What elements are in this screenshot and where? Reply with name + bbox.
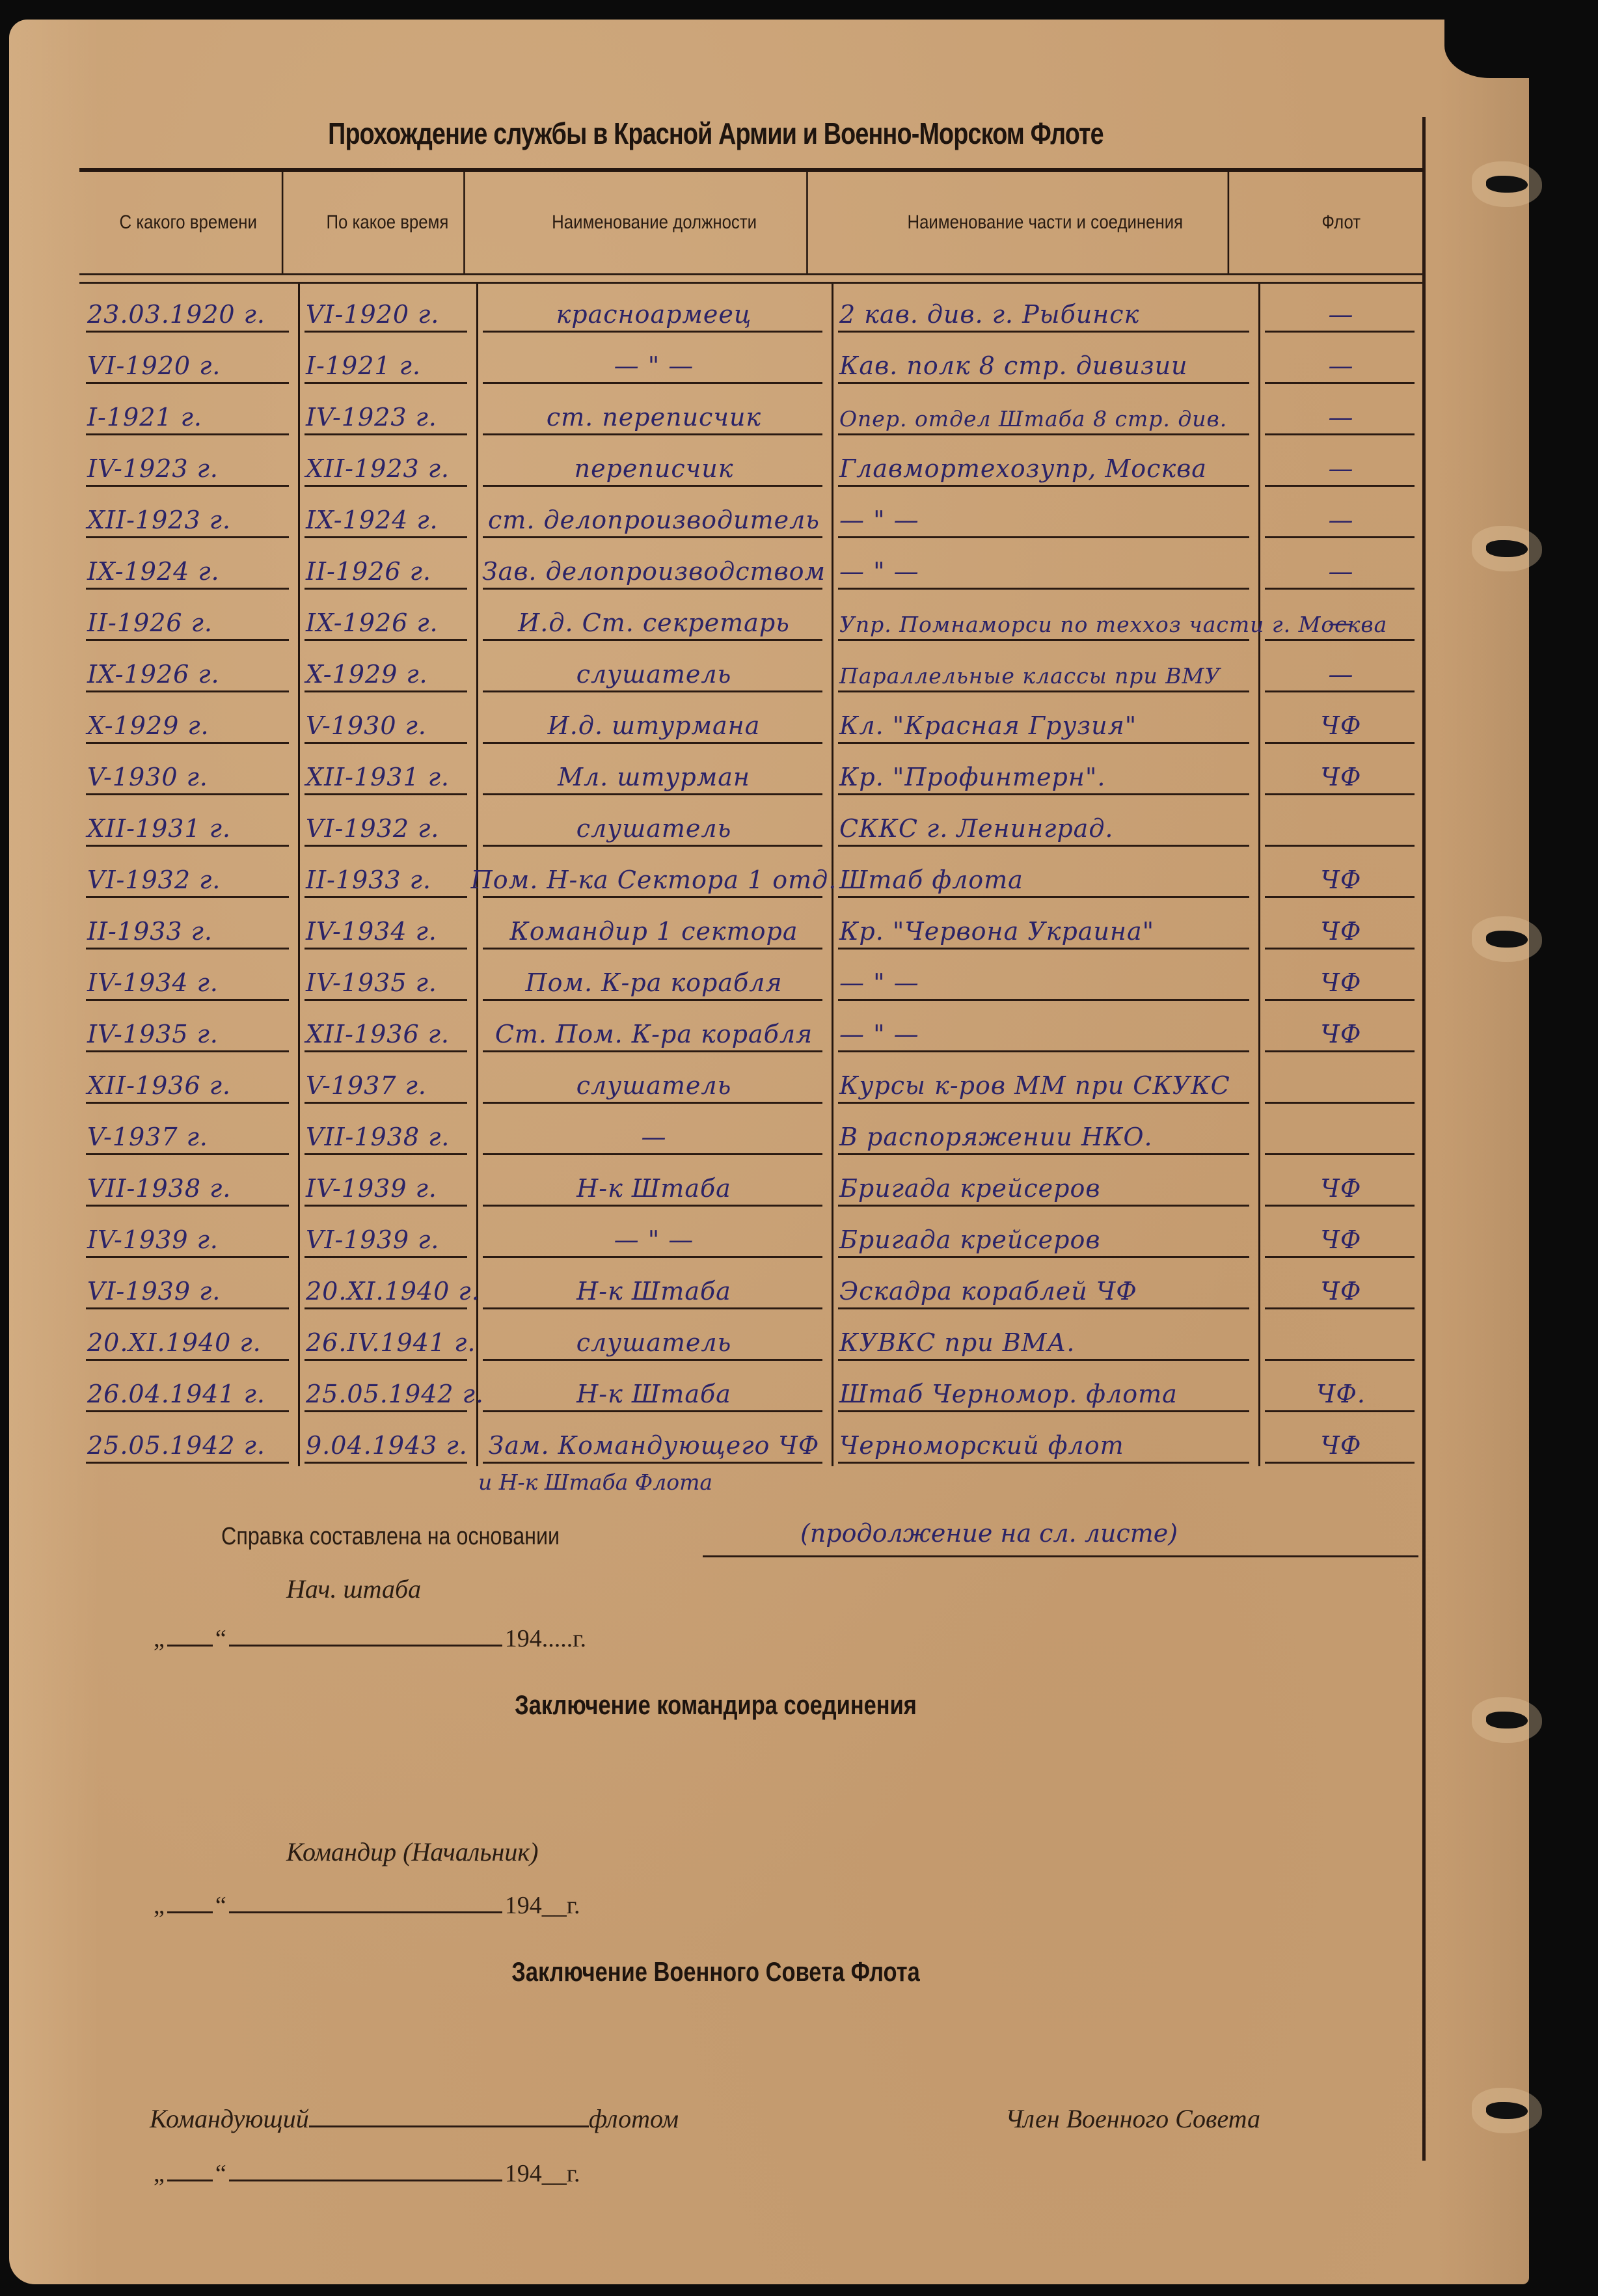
cell-from: 26.04.1941 г. [79,1363,298,1415]
underline [838,1102,1249,1104]
table-row: VI-1920 г.I-1921 г.— " —Кав. полк 8 стр.… [79,335,1424,387]
fleet-commander-signature: Командующийфлотом [150,2103,679,2134]
cell-unit: — " — [832,1004,1258,1055]
cell-unit: КУВКС при ВМА. [832,1312,1258,1363]
cell-to: 26.IV.1941 г. [298,1312,476,1363]
cell-fleet: ЧФ [1258,1261,1424,1312]
cell-to: XII-1936 г. [298,1004,476,1055]
cell-position: Зам. Командующего ЧФ [476,1415,832,1466]
underline [1265,1359,1415,1361]
underline [305,896,467,898]
underline [483,382,822,384]
underline [838,742,1249,744]
cell-to: IV-1923 г. [298,387,476,438]
cell-from: XII-1931 г. [79,798,298,849]
underline [86,331,289,333]
underline [483,639,822,641]
underline [86,1153,289,1155]
underline [838,433,1249,435]
cell-fleet: ЧФ [1258,695,1424,746]
underline [86,1410,289,1412]
underline [1265,1205,1415,1207]
cell-fleet [1258,1106,1424,1158]
cell-fleet: ЧФ [1258,849,1424,901]
cell-fleet: ЧФ [1258,746,1424,798]
underline [838,1256,1249,1258]
underline [305,1050,467,1052]
date-line-2: „“194__г. [154,1891,580,1920]
underline [838,845,1249,847]
underline [1265,948,1415,950]
underline [305,382,467,384]
cell-fleet: — [1258,387,1424,438]
cell-fleet: — [1258,438,1424,489]
cell-from: 23.03.1920 г. [79,284,298,335]
underline [483,1359,822,1361]
cell-to: IV-1935 г. [298,952,476,1004]
column-header-from: С какого времени [95,172,284,273]
underline [483,896,822,898]
cell-unit: Штаб Черномор. флота [832,1363,1258,1415]
torn-corner [1444,20,1529,78]
underline [1265,999,1415,1001]
commander-conclusion-title: Заключение командира соединения [129,1689,1303,1721]
cell-position: — [476,1106,832,1158]
cell-position: И.д. Ст. секретарь [476,592,832,644]
cell-fleet: — [1258,489,1424,541]
underline [1265,1462,1415,1464]
cell-position: Н-к Штаба [476,1158,832,1209]
cell-to: II-1926 г. [298,541,476,592]
cell-position: красноармеец [476,284,832,335]
table-row: IV-1934 г.IV-1935 г.Пом. К-ра корабля— "… [79,952,1424,1004]
underline [483,331,822,333]
underline [838,690,1249,692]
underline [86,690,289,692]
underline [1265,331,1415,333]
underline [305,845,467,847]
underline [483,433,822,435]
cell-from: IV-1923 г. [79,438,298,489]
cell-from: V-1930 г. [79,746,298,798]
table-row: IV-1935 г.XII-1936 г.Ст. Пом. К-ра кораб… [79,1004,1424,1055]
underline [305,331,467,333]
cell-position: ст. переписчик [476,387,832,438]
cell-unit: Кав. полк 8 стр. дивизии [832,335,1258,387]
underline [86,845,289,847]
underline [1265,588,1415,590]
underline [483,588,822,590]
cell-to: IX-1926 г. [298,592,476,644]
underline [1265,1307,1415,1309]
table-row: IX-1926 г.X-1929 г.слушательПараллельные… [79,644,1424,695]
cell-fleet: ЧФ. [1258,1363,1424,1415]
cell-position: Н-к Штаба [476,1363,832,1415]
underline [838,588,1249,590]
cell-to: V-1930 г. [298,695,476,746]
cell-from: V-1937 г. [79,1106,298,1158]
underline [483,485,822,487]
underline [86,999,289,1001]
underline [483,948,822,950]
underline [305,742,467,744]
basis-label: Справка составлена на основании [221,1523,560,1551]
cell-position: Мл. штурман [476,746,832,798]
underline [838,382,1249,384]
cell-from: IV-1935 г. [79,1004,298,1055]
underline [1265,485,1415,487]
cell-fleet: — [1258,335,1424,387]
cell-position: — " — [476,335,832,387]
underline [305,1102,467,1104]
table-header: С какого времени По какое время Наименов… [79,172,1424,273]
table-row: IV-1923 г.XII-1923 г.переписчикГлавморте… [79,438,1424,489]
underline [483,1153,822,1155]
cell-unit: — " — [832,952,1258,1004]
underline [305,1153,467,1155]
underline [838,1307,1249,1309]
table-row: XII-1931 г.VI-1932 г.слушательСККС г. Ле… [79,798,1424,849]
column-header-position: Наименование должности [503,172,808,273]
underline [1265,896,1415,898]
underline [483,999,822,1001]
underline [838,1153,1249,1155]
table-row: II-1926 г.IX-1926 г.И.д. Ст. секретарьУп… [79,592,1424,644]
underline [86,536,289,538]
cell-fleet: — [1258,284,1424,335]
cell-unit: Эскадра кораблей ЧФ [832,1261,1258,1312]
table-row: V-1937 г.VII-1938 г.—В распоряжении НКО. [79,1106,1424,1158]
cell-unit: В распоряжении НКО. [832,1106,1258,1158]
basis-field: Справка составлена на основании (продолж… [221,1523,1418,1562]
underline [305,793,467,795]
commander-label: Командир (Начальник) [286,1837,538,1867]
underline [1265,536,1415,538]
underline [483,1102,822,1104]
cell-position: Зав. делопроизводством [476,541,832,592]
cell-to: I-1921 г. [298,335,476,387]
cell-fleet: ЧФ [1258,952,1424,1004]
cell-position: слушатель [476,798,832,849]
cell-unit: Упр. Помнаморси по теххоз части г. Москв… [832,592,1258,644]
table-row: 26.04.1941 г.25.05.1942 г.Н-к ШтабаШтаб … [79,1363,1424,1415]
underline [1265,793,1415,795]
cell-position: Н-к Штаба [476,1261,832,1312]
underline [86,742,289,744]
underline [86,1256,289,1258]
underline [483,793,822,795]
cell-position: слушатель [476,644,832,695]
underline [838,1410,1249,1412]
cell-unit: Опер. отдел Штаба 8 стр. див. [832,387,1258,438]
cell-position: — " — [476,1209,832,1261]
table-row: X-1929 г.V-1930 г.И.д. штурманаКл. "Крас… [79,695,1424,746]
underline [305,536,467,538]
underline [86,1205,289,1207]
cell-unit: Кр. "Профинтерн". [832,746,1258,798]
cell-from: 20.XI.1940 г. [79,1312,298,1363]
underline [305,639,467,641]
cell-unit: Бригада крейсеров [832,1209,1258,1261]
underline [305,485,467,487]
punch-hole-icon [1486,931,1528,948]
date-year-1: 194.....г. [505,1625,586,1652]
cell-unit: Главмортехозупр, Москва [832,438,1258,489]
underline [305,1462,467,1464]
cell-position: И.д. штурмана [476,695,832,746]
underline [305,999,467,1001]
cell-fleet: — [1258,644,1424,695]
underline [483,845,822,847]
underline [838,331,1249,333]
cell-unit: Кл. "Красная Грузия" [832,695,1258,746]
date-line-1: „“194.....г. [154,1624,586,1653]
underline [86,382,289,384]
council-member-label: Член Военного Совета [1005,2103,1260,2134]
date-year-3: 194__г. [505,2160,580,2187]
chief-of-staff-label: Нач. штаба [286,1574,421,1604]
cell-fleet: ЧФ [1258,1415,1424,1466]
table-row: II-1933 г.IV-1934 г.Командир 1 сектораКр… [79,901,1424,952]
underline [1265,742,1415,744]
underline [86,1359,289,1361]
table-row: VII-1938 г.IV-1939 г.Н-к ШтабаБригада кр… [79,1158,1424,1209]
underline [838,639,1249,641]
underline [483,1205,822,1207]
underline [838,999,1249,1001]
underline [86,1307,289,1309]
cell-position: ст. делопроизводитель [476,489,832,541]
underline [483,1256,822,1258]
underline [838,1359,1249,1361]
underline [86,1462,289,1464]
underline [305,1410,467,1412]
underline [1265,1050,1415,1052]
cell-from: XII-1923 г. [79,489,298,541]
underline [305,588,467,590]
cell-unit: Бригада крейсеров [832,1158,1258,1209]
cell-from: IX-1924 г. [79,541,298,592]
underline [1265,690,1415,692]
cell-to: X-1929 г. [298,644,476,695]
cell-fleet: ЧФ [1258,901,1424,952]
underline [1265,382,1415,384]
cell-position: Ст. Пом. К-ра корабля [476,1004,832,1055]
cell-fleet [1258,1055,1424,1106]
cell-unit: — " — [832,541,1258,592]
underline [305,433,467,435]
cell-unit: Курсы к-ров ММ при СКУКС [832,1055,1258,1106]
table-row: IX-1924 г.II-1926 г.Зав. делопроизводств… [79,541,1424,592]
underline [86,1102,289,1104]
cell-to: XII-1923 г. [298,438,476,489]
cell-from: VII-1938 г. [79,1158,298,1209]
cell-to: VII-1938 г. [298,1106,476,1158]
cell-from: 25.05.1942 г. [79,1415,298,1466]
header-double-rule [79,273,1424,284]
table-row: 25.05.1942 г.9.04.1943 г.Зам. Командующе… [79,1415,1424,1466]
cell-fleet: — [1258,541,1424,592]
underline [483,536,822,538]
cell-to: IV-1934 г. [298,901,476,952]
cell-unit: Параллельные классы при ВМУ [832,644,1258,695]
cell-unit: — " — [832,489,1258,541]
underline [305,690,467,692]
underline [1265,1256,1415,1258]
cell-unit: Кр. "Червона Украина" [832,901,1258,952]
underline [86,948,289,950]
underline [86,433,289,435]
underline [86,896,289,898]
cell-fleet: ЧФ [1258,1209,1424,1261]
underline [1265,1410,1415,1412]
table-row: VI-1939 г.20.XI.1940 г.Н-к ШтабаЭскадра … [79,1261,1424,1312]
cell-fleet [1258,1312,1424,1363]
punch-hole-icon [1486,176,1528,193]
punch-hole-icon [1486,540,1528,557]
underline [86,485,289,487]
cell-from: IV-1939 г. [79,1209,298,1261]
cell-fleet: — [1258,592,1424,644]
cell-unit: 2 кав. див. г. Рыбинск [832,284,1258,335]
underline [838,536,1249,538]
page-title: Прохождение службы в Красной Армии и Вое… [129,116,1303,151]
underline [86,793,289,795]
underline [838,485,1249,487]
underline [1265,433,1415,435]
column-header-fleet: Флот [1271,172,1412,273]
table-row: IV-1939 г.VI-1939 г.— " —Бригада крейсер… [79,1209,1424,1261]
table-row: V-1930 г.XII-1931 г.Мл. штурманКр. "Проф… [79,746,1424,798]
underline [483,1307,822,1309]
underline [483,1462,822,1464]
cell-from: VI-1939 г. [79,1261,298,1312]
cell-fleet: ЧФ [1258,1004,1424,1055]
underline [86,639,289,641]
table-row: 23.03.1920 г.VI-1920 г.красноармеец2 кав… [79,284,1424,335]
date-line-3: „“194__г. [154,2159,580,2188]
column-header-to: По какое время [311,172,465,273]
table-row: VI-1932 г.II-1933 г.Пом. Н-ка Сектора 1 … [79,849,1424,901]
cell-position: переписчик [476,438,832,489]
cell-fleet: ЧФ [1258,1158,1424,1209]
table-row: XII-1923 г.IX-1924 г.ст. делопроизводите… [79,489,1424,541]
basis-value: (продолжение на сл. листе) [800,1519,1178,1548]
cell-to: 9.04.1943 г. [298,1415,476,1466]
cell-from: XII-1936 г. [79,1055,298,1106]
cell-fleet [1258,798,1424,849]
underline [1265,639,1415,641]
cell-from: II-1926 г. [79,592,298,644]
underline [86,1050,289,1052]
cell-unit: Черноморский флот [832,1415,1258,1466]
cell-unit: Штаб флота [832,849,1258,901]
cell-to: 25.05.1942 г. [298,1363,476,1415]
cell-to: IX-1924 г. [298,489,476,541]
cell-from: VI-1920 г. [79,335,298,387]
cell-position: Пом. Н-ка Сектора 1 отд. [476,849,832,901]
cell-to: IV-1939 г. [298,1158,476,1209]
cell-position: Пом. К-ра корабля [476,952,832,1004]
table-row: XII-1936 г.V-1937 г.слушательКурсы к-ров… [79,1055,1424,1106]
underline [305,948,467,950]
punch-hole-icon [1486,1712,1528,1729]
underline [305,1256,467,1258]
service-table: С какого времени По какое время Наименов… [79,168,1424,1466]
cell-from: VI-1932 г. [79,849,298,901]
cell-from: X-1929 г. [79,695,298,746]
underline [305,1307,467,1309]
column-header-unit: Наименование части и соединения [863,172,1229,273]
underline [305,1359,467,1361]
underline [838,896,1249,898]
cell-to: VI-1939 г. [298,1209,476,1261]
underline [483,690,822,692]
date-year-2: 194__г. [505,1892,580,1919]
underline [305,1205,467,1207]
table-row: 20.XI.1940 г.26.IV.1941 г.слушательКУВКС… [79,1312,1424,1363]
underline [483,1410,822,1412]
cell-from: II-1933 г. [79,901,298,952]
underline [1265,1102,1415,1104]
cell-to: XII-1931 г. [298,746,476,798]
underline [838,1205,1249,1207]
military-council-conclusion-title: Заключение Военного Совета Флота [129,1956,1303,1988]
underline [838,793,1249,795]
underline [838,948,1249,950]
underline [838,1462,1249,1464]
underline [1265,1153,1415,1155]
cell-to: V-1937 г. [298,1055,476,1106]
cell-from: I-1921 г. [79,387,298,438]
punch-hole-icon [1486,2102,1528,2119]
position-continuation: и Н-к Штаба Флота [478,1469,712,1495]
cell-from: IV-1934 г. [79,952,298,1004]
table-body: 23.03.1920 г.VI-1920 г.красноармеец2 кав… [79,284,1424,1466]
cell-position: слушатель [476,1312,832,1363]
table-row: I-1921 г.IV-1923 г.ст. переписчикОпер. о… [79,387,1424,438]
cell-unit: СККС г. Ленинград. [832,798,1258,849]
cell-to: 20.XI.1940 г. [298,1261,476,1312]
cell-to: II-1933 г. [298,849,476,901]
cell-position: слушатель [476,1055,832,1106]
underline [483,742,822,744]
underline [86,588,289,590]
cell-from: IX-1926 г. [79,644,298,695]
cell-position: Командир 1 сектора [476,901,832,952]
underline [483,1050,822,1052]
cell-to: VI-1932 г. [298,798,476,849]
cell-to: VI-1920 г. [298,284,476,335]
underline [1265,845,1415,847]
underline [838,1050,1249,1052]
